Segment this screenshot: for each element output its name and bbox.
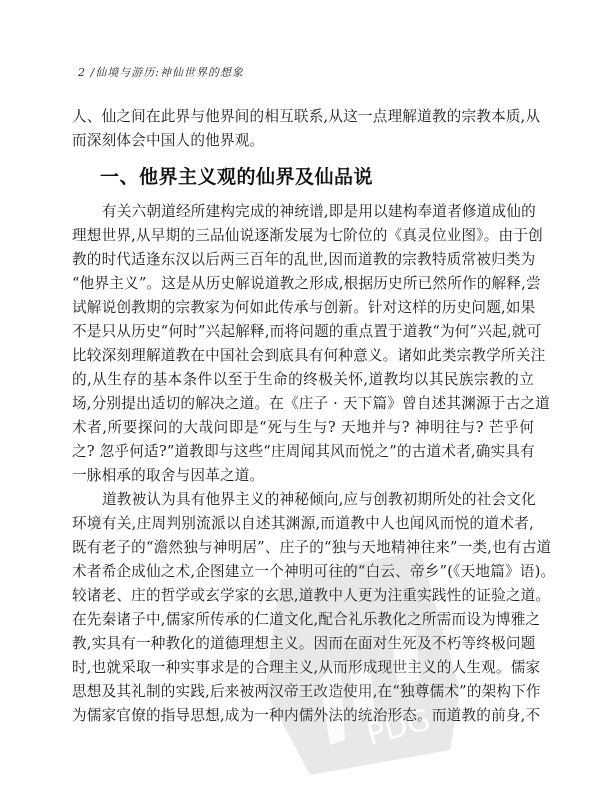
text-line: 教,实具有一种教化的道德理想主义。因而在面对生死及不朽等终极问题 [72, 632, 534, 656]
text-line: 之? 忽乎何适?”道教即与这些“庄周闻其风而悦之”的古道术者,确实具有 [72, 440, 534, 464]
text-line: 人、仙之间在此界与他界间的相互联系,从这一点理解道教的宗教本质,从 [72, 105, 534, 129]
text-line: 一脉相承的取舍与因革之道。 [72, 464, 534, 488]
text-line: 理想世界,从早期的三品仙说逐渐发展为七阶位的《真灵位业图》。由于创 [72, 224, 534, 248]
text-line: 场,分别提出适切的解决之道。在《庄子 · 天下篇》曾自述其渊源于古之道 [72, 392, 534, 416]
text-line: 而深刻体会中国人的他界观。 [72, 129, 534, 153]
text-line: 的,从生存的基本条件以至于生命的终极关怀,道教均以其民族宗教的立 [72, 368, 534, 392]
text-line: 道教被认为具有他界主义的神秘倾向,应与创教初期所处的社会文化 [72, 488, 534, 512]
text-line: 术者,所要探问的大哉问即是“死与生与? 天地并与? 神明往与? 芒乎何 [72, 416, 534, 440]
text-line: 思想及其礼制的实践,后来被两汉帝王改造使用,在“独尊儒术”的架构下作 [72, 680, 534, 704]
paragraph-1: 有关六朝道经所建构完成的神统谱,即是用以建构奉道者修道成仙的 理想世界,从早期的… [72, 200, 534, 488]
text-line: 时,也就采取一种实事求是的合理主义,从而形成现世主义的人生观。儒家 [72, 656, 534, 680]
text-line: “他界主义”。这是从历史解说道教之形成,根据历史所已然所作的解释,尝 [72, 272, 534, 296]
intro-paragraph-tail: 人、仙之间在此界与他界间的相互联系,从这一点理解道教的宗教本质,从 而深刻体会中… [72, 105, 534, 153]
section-heading: 一、他界主义观的仙界及仙品说 [100, 162, 373, 189]
text-line: 为儒家官僚的指导思想,成为一种内儒外法的统治形态。而道教的前身,不 [72, 704, 534, 728]
text-line: 试解说创教期的宗教家为何如此传承与创新。针对这样的历史问题,如果 [72, 296, 534, 320]
text-line: 教的时代适逢东汉以后两三百年的乱世,因而道教的宗教特质常被归类为 [72, 248, 534, 272]
book-page: 2 /仙境与游历:神仙世界的想象 人、仙之间在此界与他界间的相互联系,从这一点理… [0, 0, 600, 800]
running-header: 2 /仙境与游历:神仙世界的想象 [78, 64, 244, 80]
text-line: 环境有关,庄周判别流派以自述其渊源,而道教中人也闻风而悦的道术者, [72, 512, 534, 536]
text-line: 术者希企成仙之术,企图建立一个神明可往的“白云、帝乡”(《天地篇》语)。 [72, 560, 534, 584]
text-line: 有关六朝道经所建构完成的神统谱,即是用以建构奉道者修道成仙的 [72, 200, 534, 224]
text-line: 不是只从历史“何时”兴起解释,而将问题的重点置于道教“为何”兴起,就可 [72, 320, 534, 344]
paragraph-2: 道教被认为具有他界主义的神秘倾向,应与创教初期所处的社会文化 环境有关,庄周判别… [72, 488, 534, 728]
text-line: 既有老子的“澹然独与神明居”、庄子的“独与天地精神往来”一类,也有古道 [72, 536, 534, 560]
text-line: 比较深刻理解道教在中国社会到底具有何种意义。诸如此类宗教学所关注 [72, 344, 534, 368]
text-line: 较诸老、庄的哲学或玄学家的玄思,道教中人更为注重实践性的证验之道。 [72, 584, 534, 608]
text-line: 在先秦诸子中,儒家所传承的仁道文化,配合礼乐教化之所需而设为博雅之 [72, 608, 534, 632]
